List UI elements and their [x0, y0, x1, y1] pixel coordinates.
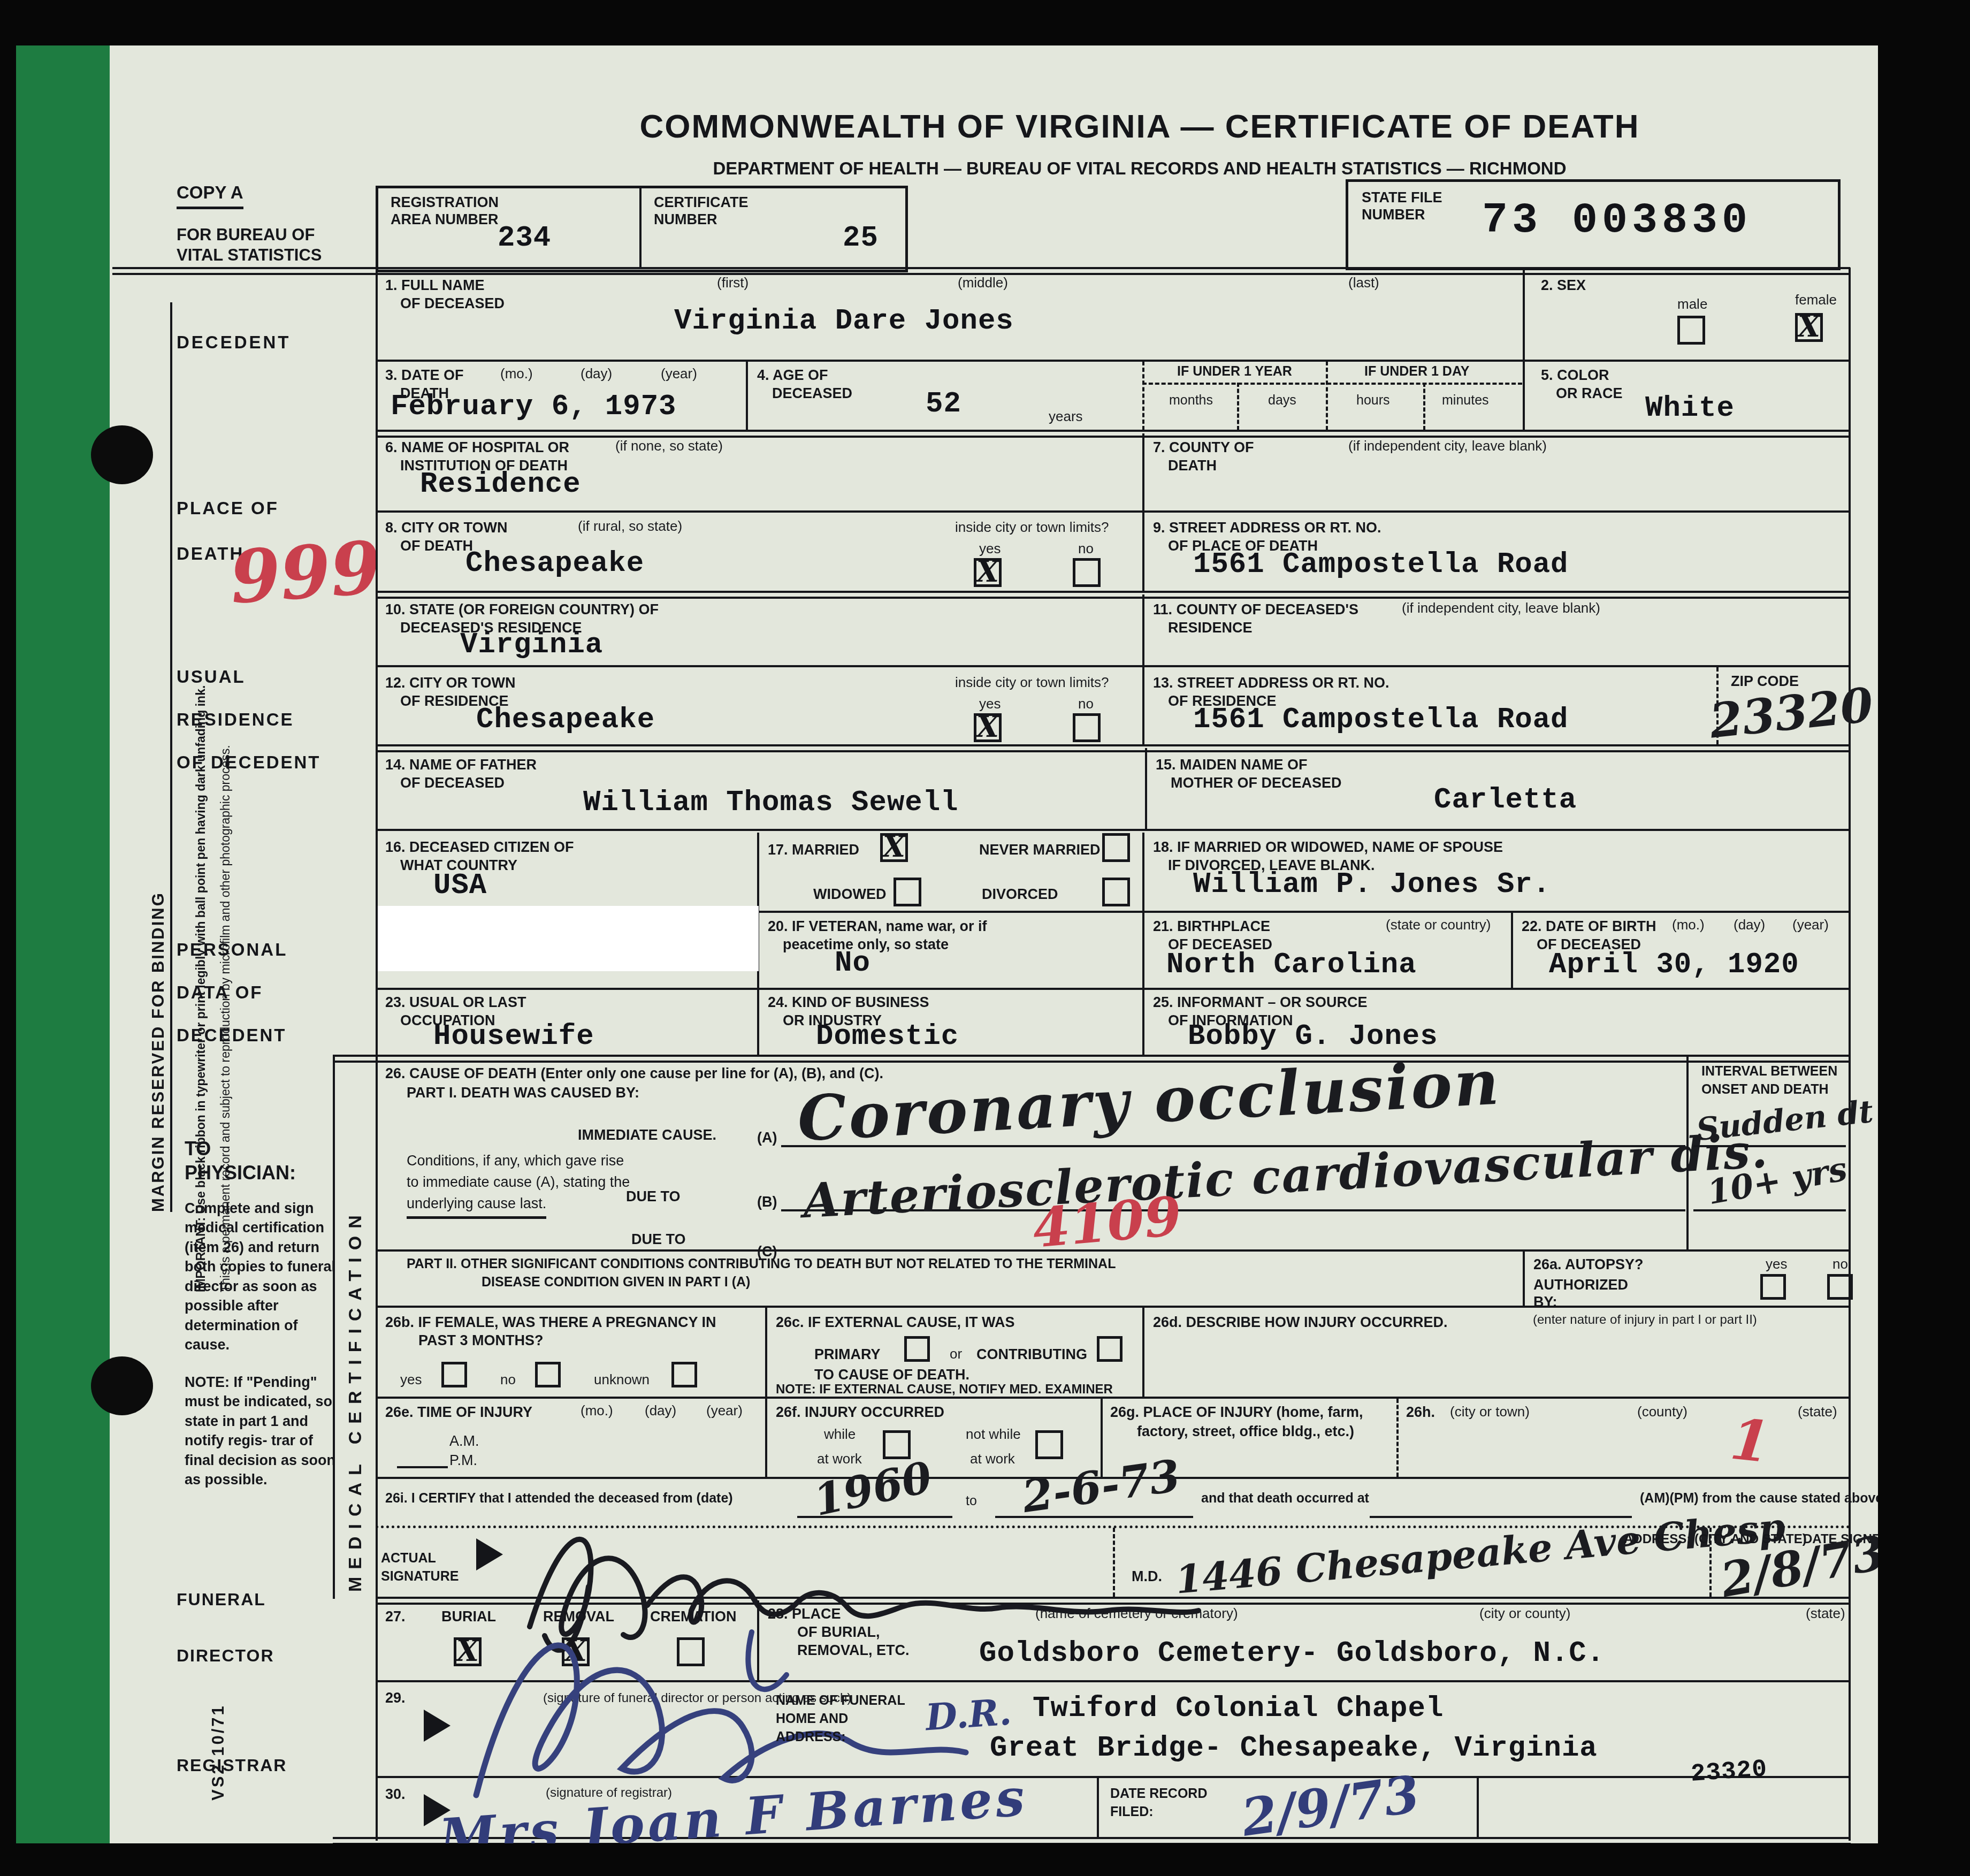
ti-day-hint: (day): [645, 1402, 676, 1419]
part2-line2: DISEASE CONDITION GIVEN IN PART I (A): [482, 1274, 750, 1290]
while-checkbox: [883, 1430, 911, 1459]
divider-addr-date: [1709, 1528, 1712, 1597]
authorized-label2: BY:: [1533, 1293, 1557, 1310]
divider-hours-minutes: [1423, 383, 1425, 430]
notwhile-label1: not while: [966, 1426, 1021, 1443]
external-label2: TO CAUSE OF DEATH.: [814, 1366, 969, 1383]
to-physician-body: Complete and sign medical certification …: [185, 1199, 340, 1355]
father-label1: 14. NAME OF FATHER: [385, 756, 537, 773]
fullname-value: Virginia Dare Jones: [674, 305, 1014, 338]
birthplace-value: North Carolina: [1166, 949, 1417, 981]
county-res-label1: 11. COUNTY OF DECEASED'S: [1153, 601, 1358, 618]
divider-20-21: [1142, 913, 1144, 988]
section-usual-3: OF DECEDENT: [177, 752, 321, 773]
color-label1: 5. COLOR: [1541, 367, 1609, 384]
part2-line1: PART II. OTHER SIGNIFICANT CONDITIONS CO…: [407, 1256, 1116, 1272]
pregnancy-yes-label: yes: [400, 1371, 422, 1388]
widowed-label: WIDOWED: [813, 886, 886, 903]
hint-last: (last): [1348, 274, 1379, 291]
citizen-value: USA: [433, 870, 487, 902]
due-to-1-label: DUE TO: [626, 1188, 681, 1205]
injury-county-hint: (county): [1637, 1404, 1688, 1420]
county-res-hint: (if independent city, leave blank): [1402, 600, 1600, 616]
citydeath-label1: 8. CITY OR TOWN: [385, 519, 508, 536]
limits4-label: inside city or town limits?: [955, 519, 1109, 536]
state-file-label1: STATE FILE: [1362, 189, 1442, 206]
mother-value: Carletta: [1434, 784, 1577, 817]
medical-certification-vertical: MEDICAL CERTIFICATION: [345, 1062, 366, 1592]
mother-label2: MOTHER OF DECEASED: [1171, 774, 1342, 791]
divider-under1-color: [1523, 361, 1525, 430]
md-label: M.D.: [1132, 1568, 1162, 1585]
never-married-label: NEVER MARRIED: [979, 841, 1101, 858]
citizen-label1: 16. DECEASED CITIZEN OF: [385, 838, 574, 856]
sep-26b-26e: [376, 1397, 1851, 1399]
date-filed-label2: FILED:: [1110, 1804, 1154, 1820]
divider-sig-md: [1113, 1528, 1115, 1597]
divider-father-mother: [1145, 748, 1147, 829]
under1year-label: IF UNDER 1 YEAR: [1177, 363, 1292, 379]
section-personal-1: PERSONAL: [177, 939, 287, 960]
county-death-label2: DEATH: [1168, 457, 1217, 474]
certificate-title: COMMONWEALTH OF VIRGINIA — CERTIFICATE O…: [578, 107, 1701, 147]
divider-citizen-marital: [757, 833, 759, 911]
sep-r9: [376, 988, 1851, 990]
conditions-line2: to immediate cause (A), stating the: [407, 1173, 630, 1191]
f27-number: 27.: [385, 1608, 406, 1625]
fullname-label1: 1. FULL NAME: [385, 277, 485, 294]
ampm-line: [397, 1466, 448, 1468]
cause-head1: 26. CAUSE OF DEATH (Enter only one cause…: [385, 1065, 883, 1082]
hospital-label1: 6. NAME OF HOSPITAL OR: [385, 439, 569, 456]
hospital-value: Residence: [420, 468, 581, 501]
certify-end-label: (AM)(PM) from the cause stated above: [1640, 1490, 1878, 1506]
to-physician-1: TO: [185, 1137, 211, 1160]
registration-label1: REGISTRATION: [391, 194, 499, 211]
limits4-no-label: no: [1078, 540, 1094, 557]
cause-a-tag: (A): [757, 1129, 777, 1146]
county-res-label2: RESIDENCE: [1168, 619, 1253, 636]
certificate-subtitle: DEPARTMENT OF HEALTH — BUREAU OF VITAL R…: [578, 158, 1701, 179]
dob-value: April 30, 1920: [1549, 949, 1799, 981]
divider-part2-autopsy: [1523, 1252, 1525, 1306]
section-registrar: REGISTRAR: [177, 1755, 287, 1775]
section-decedent: DECEDENT: [177, 332, 291, 353]
limits4-no-checkbox: [1073, 558, 1101, 587]
date-filed-label1: DATE RECORD: [1110, 1786, 1207, 1802]
cause-a-value: Coronary occlusion: [796, 1047, 1502, 1156]
dob-mo-hint: (mo.): [1672, 917, 1705, 933]
hint-first: (first): [717, 274, 749, 291]
section-funeral-2: DIRECTOR: [177, 1645, 274, 1666]
dod-value: February 6, 1973: [391, 391, 676, 423]
mother-label1: 15. MAIDEN NAME OF: [1156, 756, 1308, 773]
widowed-checkbox: [894, 878, 921, 906]
months-label: months: [1169, 392, 1213, 408]
limits6-yes-checkbox: X: [974, 713, 1002, 742]
limits4-yes-checkbox: X: [974, 558, 1002, 587]
section-personal-2: DATA OF: [177, 982, 263, 1003]
dob-year-hint: (year): [1792, 917, 1829, 933]
margin-binding-note: MARGIN RESERVED FOR BINDING: [149, 302, 172, 1212]
funeral-home-zip: 23320: [1690, 1755, 1768, 1788]
state-file-label2: NUMBER: [1362, 206, 1425, 223]
section-usual-2: RESIDENCE: [177, 709, 294, 730]
age-years-label: years: [1049, 408, 1083, 425]
grid-right-border: [1849, 268, 1851, 1841]
certify-mid-label: and that death occurred at: [1201, 1490, 1369, 1506]
divider-marital-spouse: [1142, 833, 1144, 911]
county-death-hint: (if independent city, leave blank): [1348, 438, 1547, 454]
notwhile-label2: at work: [970, 1451, 1015, 1467]
limits6-no-label: no: [1078, 696, 1094, 712]
sep-r5: [376, 665, 1851, 667]
certificate-label1: CERTIFICATE: [654, 194, 749, 211]
scanned-death-certificate: MARGIN RESERVED FOR BINDING IMPORTANT: U…: [0, 0, 1970, 1876]
cause-head2: PART I. DEATH WAS CAUSED BY:: [407, 1084, 639, 1101]
hint-middle: (middle): [958, 274, 1008, 291]
citydeath-value: Chesapeake: [465, 547, 644, 580]
divider-months-days: [1237, 383, 1239, 430]
sep-r2: [376, 430, 1851, 438]
county-death-label1: 7. COUNTY OF: [1153, 439, 1254, 456]
conditions-line1: Conditions, if any, which gave rise: [407, 1152, 624, 1169]
minutes-label: minutes: [1442, 392, 1489, 408]
red-cause-code: 4109: [1030, 1184, 1184, 1260]
funeral-home-label1: NAME OF FUNERAL: [776, 1692, 905, 1709]
interval-label1: INTERVAL BETWEEN: [1701, 1063, 1837, 1079]
color-value: White: [1645, 392, 1735, 425]
place-injury-label1: 26g. PLACE OF INJURY (home, farm,: [1110, 1404, 1363, 1421]
autopsy-yes-checkbox: [1760, 1274, 1786, 1300]
actual-sig-label1: ACTUAL: [381, 1550, 436, 1566]
pregnancy-label1: 26b. IF FEMALE, WAS THERE A PREGNANCY IN: [385, 1314, 716, 1331]
divider-26c-26d: [1142, 1308, 1144, 1397]
divider-cityres-address: [1142, 667, 1144, 744]
interval-label2: ONSET AND DEATH: [1701, 1081, 1829, 1097]
never-married-checkbox: [1102, 833, 1130, 862]
sep-r10-medical: [333, 1055, 1851, 1063]
married-label: 17. MARRIED: [768, 841, 859, 858]
pregnancy-no-checkbox: [535, 1362, 561, 1387]
divider-26g-26h: [1396, 1399, 1399, 1477]
citydeath-hint: (if rural, so state): [578, 518, 682, 535]
divorced-checkbox: [1102, 878, 1130, 906]
injury-occurred-label: 26f. INJURY OCCURRED: [776, 1404, 944, 1421]
sep-r4: [376, 591, 1851, 599]
while-label1: while: [824, 1426, 856, 1443]
primary-checkbox: [904, 1336, 930, 1362]
margin-important-line2: This is a permanent record and subject t…: [218, 302, 233, 1292]
am-label: A.M.: [449, 1432, 479, 1450]
birthplace-label1: 21. BIRTHPLACE: [1153, 918, 1270, 935]
addr-res-value: 1561 Campostella Road: [1193, 704, 1569, 736]
signature-arrow-physician: [476, 1538, 503, 1570]
funeral-home-label3: ADDRESS:: [776, 1729, 846, 1745]
divorced-label: DIVORCED: [982, 886, 1058, 903]
occupation-label1: 23. USUAL OR LAST: [385, 994, 526, 1011]
punch-hole-bottom: [91, 1356, 153, 1415]
sep-r7: [376, 829, 1851, 831]
copy-for-line2: VITAL STATISTICS: [177, 245, 322, 265]
days-label: days: [1268, 392, 1296, 408]
to-physician-2: PHYSICIAN:: [185, 1161, 296, 1184]
cemetery-hint: (name of cemetery or crematory): [1035, 1605, 1238, 1622]
autopsy-yes-label: yes: [1766, 1256, 1787, 1272]
sep-part2-26b: [376, 1306, 1851, 1308]
father-value: William Thomas Sewell: [583, 787, 959, 819]
male-label: male: [1677, 296, 1707, 312]
hours-label: hours: [1356, 392, 1390, 408]
cityres-label1: 12. CITY OR TOWN: [385, 674, 516, 691]
primary-label: PRIMARY: [814, 1346, 881, 1363]
birthplace-hint: (state or country): [1386, 917, 1491, 933]
autopsy-no-checkbox: [1827, 1274, 1853, 1300]
certificate-value: 25: [843, 222, 879, 255]
injury-city-hint: (city or town): [1450, 1404, 1530, 1420]
divider-date-empty: [1477, 1778, 1479, 1837]
age-label1: 4. AGE OF: [757, 367, 828, 384]
section-usual-1: USUAL: [177, 666, 246, 688]
pregnancy-no-label: no: [500, 1371, 516, 1388]
married-checkbox: X: [880, 833, 908, 862]
dob-label1: 22. DATE OF BIRTH: [1522, 918, 1656, 935]
color-label2: OR RACE: [1556, 385, 1623, 402]
physician-address-value: 1446 Chesapeake Ave Chesp: [1173, 1504, 1787, 1602]
f30-number: 30.: [385, 1786, 406, 1803]
due-to-2-label: DUE TO: [631, 1231, 686, 1248]
limits6-label: inside city or town limits?: [955, 674, 1109, 691]
veteran-label1: 20. IF VETERAN, name war, or if: [768, 918, 987, 935]
citycounty-hint: (city or county): [1479, 1605, 1571, 1622]
female-label: female: [1795, 292, 1837, 308]
divider-26e-26f: [765, 1399, 767, 1477]
cause-b-tag: (B): [757, 1193, 777, 1210]
limits6-no-checkbox: [1073, 713, 1101, 742]
reg-cert-divider: [639, 186, 642, 267]
place-injury-label2: factory, street, office bldg., etc.): [1137, 1423, 1354, 1440]
copy-label: COPY A: [177, 182, 243, 209]
or-label: or: [950, 1346, 962, 1362]
sex-label: 2. SEX: [1541, 277, 1586, 294]
punch-hole-top: [91, 425, 153, 484]
certificate-paper: MARGIN RESERVED FOR BINDING IMPORTANT: U…: [16, 45, 1878, 1843]
state-res-label1: 10. STATE (OR FOREIGN COUNTRY) OF: [385, 601, 659, 618]
dod-label1: 3. DATE OF: [385, 367, 464, 384]
green-binding-strip: [16, 45, 110, 1843]
funeral-home-label2: HOME AND: [776, 1711, 848, 1727]
contributing-label: CONTRIBUTING: [976, 1346, 1087, 1363]
injury-state-hint: (state): [1798, 1404, 1837, 1420]
addr-death-label1: 9. STREET ADDRESS OR RT. NO.: [1153, 519, 1381, 536]
divider-23-24: [757, 990, 759, 1055]
red-county-mark: 1: [1728, 1406, 1774, 1476]
divider-age-under1: [1142, 361, 1144, 430]
ti-mo-hint: (mo.): [581, 1402, 613, 1419]
injury-describe-label: 26d. DESCRIBE HOW INJURY OCCURRED.: [1153, 1314, 1448, 1331]
section-funeral-1: FUNERAL: [177, 1589, 266, 1610]
dod-mo-hint: (mo.): [500, 365, 533, 382]
injury-city-num: 26h.: [1406, 1404, 1435, 1421]
under1day-label: IF UNDER 1 DAY: [1364, 363, 1469, 379]
divider-24-25: [1142, 990, 1144, 1055]
state-hint: (state): [1806, 1605, 1845, 1622]
divider-name-sex: [1523, 269, 1525, 360]
spouse-value: William P. Jones Sr.: [1193, 868, 1551, 901]
section-place-of-death-1: PLACE OF: [177, 498, 279, 519]
section-personal-3: DECEDENT: [177, 1025, 287, 1046]
certify-at-line: [1370, 1516, 1632, 1518]
pregnancy-label2: PAST 3 MONTHS?: [418, 1332, 544, 1349]
divider-dod-age: [746, 361, 748, 430]
divider-hospital-county: [1142, 433, 1144, 510]
pm-label: P.M.: [449, 1452, 477, 1469]
external-label1: 26c. IF EXTERNAL CAUSE, IT WAS: [776, 1314, 1015, 1331]
autopsy-no-label: no: [1832, 1256, 1848, 1272]
notwhile-checkbox: [1035, 1430, 1063, 1459]
under1-dashed-line: [1142, 383, 1522, 385]
funeral-home-line1: Twiford Colonial Chapel: [1033, 1692, 1444, 1725]
divider-regsig-date: [1097, 1778, 1099, 1837]
citydeath-label2: OF DEATH: [400, 537, 473, 554]
spouse-label1: 18. IF MARRIED OR WIDOWED, NAME OF SPOUS…: [1153, 838, 1503, 856]
funeral-home-line2: Great Bridge- Chesapeake, Virginia: [990, 1732, 1598, 1765]
addr-res-label1: 13. STREET ADDRESS OR RT. NO.: [1153, 674, 1389, 691]
informant-label1: 25. INFORMANT – OR SOURCE: [1153, 994, 1368, 1011]
divider-26b-26c: [765, 1308, 767, 1397]
veteran-value: No: [835, 947, 871, 980]
pregnancy-yes-checkbox: [441, 1362, 467, 1387]
sep-r6: [376, 744, 1851, 752]
immediate-cause-label: IMMEDIATE CAUSE.: [578, 1126, 716, 1143]
ti-year-hint: (year): [706, 1402, 743, 1419]
informant-value: Bobby G. Jones: [1188, 1020, 1438, 1053]
grid-left-border: [376, 268, 378, 1841]
copy-for-line1: FOR BUREAU OF: [177, 225, 315, 245]
divider-city-address: [1142, 513, 1144, 591]
dod-year-hint: (year): [661, 365, 697, 382]
certificate-label2: NUMBER: [654, 211, 717, 228]
while-label2: at work: [817, 1451, 862, 1467]
registration-value: 234: [498, 222, 551, 255]
conditions-line3: underlying cause last.: [407, 1195, 546, 1219]
authorized-label1: AUTHORIZED: [1533, 1276, 1628, 1293]
pending-note: NOTE: If "Pending" must be indicated, so…: [185, 1372, 345, 1490]
cityres-value: Chesapeake: [476, 704, 655, 736]
interval-a-value: Sudden dt: [1694, 1093, 1875, 1148]
dod-day-hint: (day): [581, 365, 612, 382]
red-place-code: 999: [227, 524, 384, 620]
sep-r1: [376, 360, 1851, 362]
autopsy-label: 26a. AUTOPSY?: [1533, 1256, 1644, 1273]
registration-label2: AREA NUMBER: [391, 211, 499, 228]
female-checkbox: X: [1795, 313, 1823, 342]
redaction-box: [378, 906, 759, 971]
occupation-value: Housewife: [433, 1020, 594, 1053]
addr-death-value: 1561 Campostella Road: [1193, 548, 1569, 581]
time-injury-label: 26e. TIME OF INJURY: [385, 1404, 532, 1421]
injury-describe-hint: (enter nature of injury in part I or par…: [1533, 1313, 1757, 1328]
hospital-hint: (if none, so state): [615, 438, 723, 454]
father-label2: OF DECEASED: [400, 774, 505, 791]
sep-r3: [376, 510, 1851, 513]
dob-day-hint: (day): [1734, 917, 1765, 933]
contributing-checkbox: [1097, 1336, 1123, 1362]
divider-year-day-block: [1326, 361, 1328, 430]
medcert-strip-left-line: [333, 1057, 335, 1599]
divider-state-county-res: [1142, 594, 1144, 665]
state-file-value: 73 003830: [1482, 196, 1752, 245]
f29-number: 29.: [385, 1689, 406, 1706]
divider-21-22: [1511, 913, 1513, 988]
sep-header: [112, 267, 1850, 275]
male-checkbox: [1677, 316, 1705, 345]
burial-place-value: Goldsboro Cemetery- Goldsboro, N.C.: [979, 1637, 1605, 1670]
age-value: 52: [926, 388, 961, 421]
interval-column-line: [1686, 1057, 1689, 1249]
fullname-label2: OF DECEASED: [400, 295, 505, 312]
pregnancy-unknown-label: unknown: [594, 1371, 650, 1388]
pregnancy-unknown-checkbox: [671, 1362, 697, 1387]
external-note: NOTE: IF EXTERNAL CAUSE, NOTIFY MED. EXA…: [776, 1382, 1113, 1398]
business-label1: 24. KIND OF BUSINESS: [768, 994, 929, 1011]
age-label2: DECEASED: [772, 385, 852, 402]
state-res-value: Virginia: [460, 629, 603, 661]
business-value: Domestic: [816, 1020, 959, 1053]
